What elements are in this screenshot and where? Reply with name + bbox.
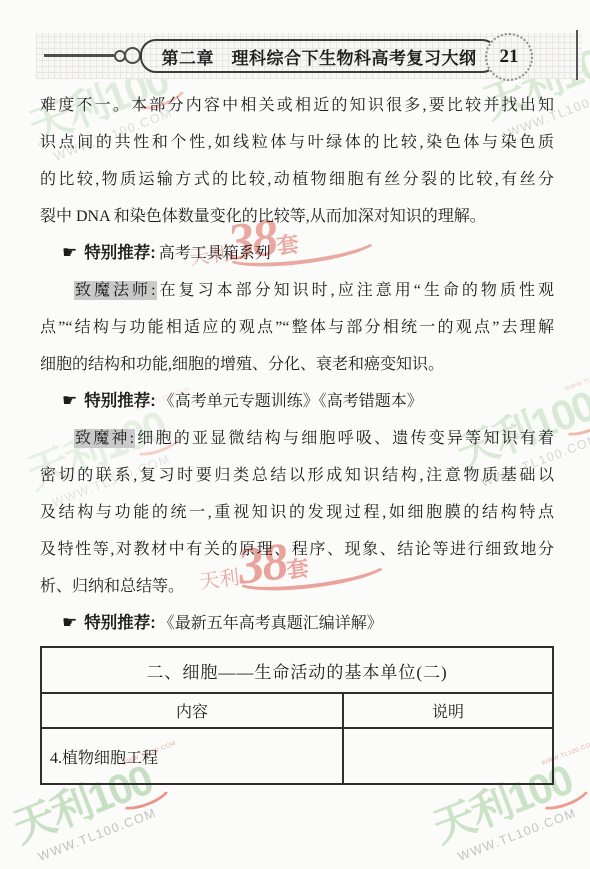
recommendation-line: ☛特别推荐:高考工具箱系列 bbox=[40, 235, 554, 272]
recommend-text: 高考工具箱系列 bbox=[159, 245, 271, 262]
text-line: 的比较,物质运输方式的比较,动植物细胞有丝分裂的比较,有丝分 bbox=[40, 161, 554, 198]
recommendation-line: ☛特别推荐:《高考单元专题训练》《高考错题本》 bbox=[40, 383, 554, 420]
table-cell-content: 4.植物细胞工程 bbox=[41, 728, 343, 784]
header-rule bbox=[44, 54, 114, 57]
recommend-label: 特别推荐: bbox=[84, 614, 156, 632]
highlight-label: 致魔神: bbox=[74, 429, 135, 448]
recommendation-line: ☛特别推荐:《最新五年高考真题汇编详解》 bbox=[40, 605, 554, 642]
table-caption: 二、细胞——生命活动的基本单位(二) bbox=[41, 647, 553, 693]
text-line: 裂中 DNA 和染色体数量变化的比较等,从而加深对知识的理解。 bbox=[40, 198, 554, 235]
recommend-label: 特别推荐: bbox=[84, 244, 156, 262]
body-text: 难度不一。本部分内容中相关或相近的知识很多,要比较并找出知 识点间的共性和个性,… bbox=[40, 87, 554, 642]
text-line: 点”“结构与功能相适应的观点”“整体与部分相统一的观点”去理解 bbox=[40, 309, 554, 346]
content-table: 二、细胞——生命活动的基本单位(二) 内容 说明 4.植物细胞工程 bbox=[40, 646, 554, 785]
text-line: 致魔神:细胞的亚显微结构与细胞呼吸、遗传变异等知识有着 bbox=[40, 420, 554, 457]
swoosh-underline bbox=[557, 400, 590, 442]
column-header-content: 内容 bbox=[41, 693, 343, 728]
text-line: 密切的联系,复习时要归类总结以形成知识结构,注意物质基础以 bbox=[40, 457, 554, 494]
highlight-label: 致魔法师: bbox=[74, 281, 157, 300]
scanned-document-page: WWW.TL100.COM 天利100 WWW.TL100.COM WWW.TL… bbox=[0, 0, 590, 869]
pointing-hand-icon: ☛ bbox=[62, 243, 77, 263]
watermark-url: WWW.TL100.COM bbox=[456, 792, 590, 863]
chapter-title-box: 第二章 理科综合下生物科高考复习大纲 bbox=[140, 39, 498, 73]
large-circle-ornament bbox=[124, 47, 141, 64]
text-line: 致魔法师:在复习本部分知识时,应注意用“生命的物质性观 bbox=[40, 272, 554, 309]
page-header: 第二章 理科综合下生物科高考复习大纲 21 bbox=[36, 33, 582, 79]
text-line: 及结构与功能的统一,重视知识的发现过程,如细胞膜的结构特点 bbox=[40, 494, 554, 531]
pointing-hand-icon: ☛ bbox=[62, 391, 77, 411]
table-cell-note bbox=[343, 728, 553, 784]
pointing-hand-icon: ☛ bbox=[62, 613, 77, 633]
page-number: 21 bbox=[500, 46, 519, 68]
text-line: 识点间的共性和个性,如线粒体与叶绿体的比较,染色体与染色质 bbox=[40, 124, 554, 161]
header-edge-line bbox=[576, 30, 578, 80]
watermark-url: WWW.TL100.COM bbox=[36, 792, 193, 863]
text-line: 析、归纳和总结等。 bbox=[40, 568, 554, 605]
column-header-note: 说明 bbox=[343, 693, 553, 728]
text-line: 及特性等,对教材中有关的原理、程序、现象、结论等进行细致地分 bbox=[40, 531, 554, 568]
recommend-text: 《最新五年高考真题汇编详解》 bbox=[159, 615, 383, 632]
text-line: 细胞的结构和功能,细胞的增殖、分化、衰老和癌变知识。 bbox=[40, 346, 554, 383]
text-line: 难度不一。本部分内容中相关或相近的知识很多,要比较并找出知 bbox=[40, 87, 554, 124]
recommend-text: 《高考单元专题训练》《高考错题本》 bbox=[159, 393, 423, 410]
page-number-circle: 21 bbox=[485, 33, 533, 81]
recommend-label: 特别推荐: bbox=[84, 392, 156, 410]
chapter-title: 第二章 理科综合下生物科高考复习大纲 bbox=[162, 44, 477, 69]
swoosh-underline bbox=[584, 50, 590, 92]
